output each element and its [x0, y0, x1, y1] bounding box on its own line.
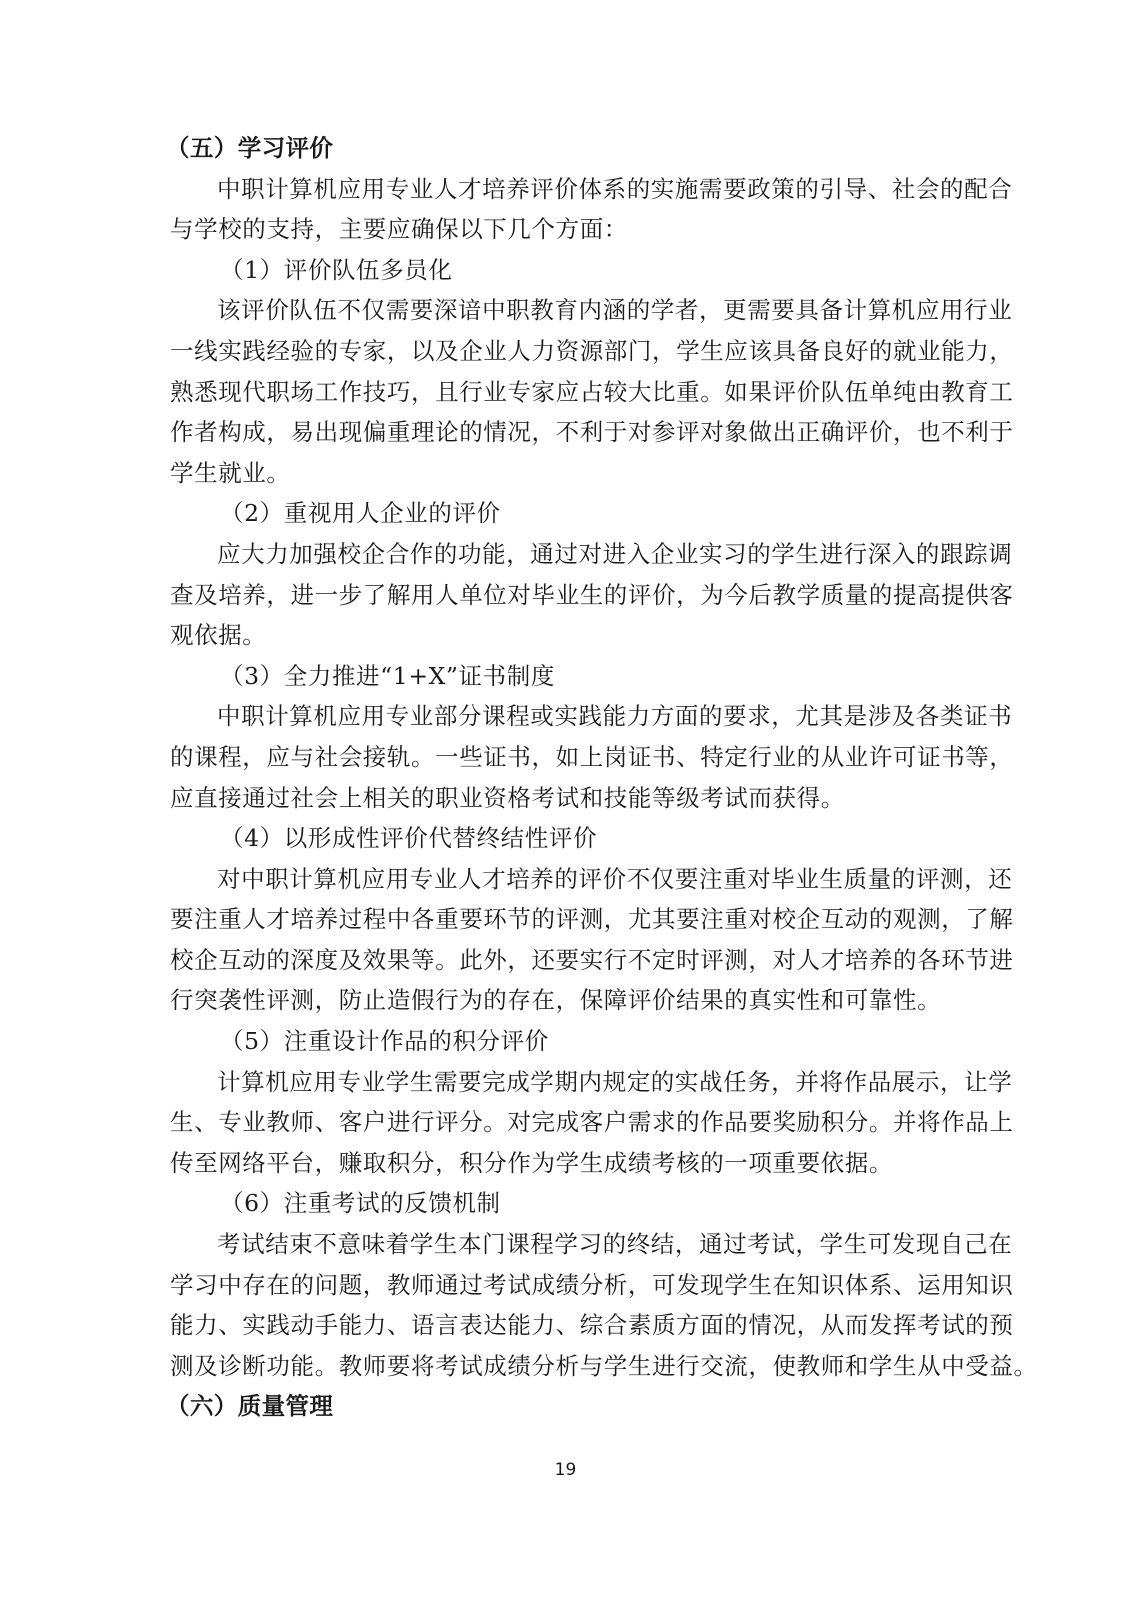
paragraph-line: 应直接通过社会上相关的职业资格考试和技能等级考试而获得。 [170, 778, 946, 819]
paragraph-line: 学生就业。 [170, 453, 946, 494]
paragraph-line: 中职计算机应用专业人才培养评价体系的实施需要政策的引导、社会的配合 [170, 169, 946, 210]
subheading-item-4: （4）以形成性评价代替终结性评价 [170, 818, 946, 859]
paragraph-line: 传至网络平台，赚取积分，积分作为学生成绩考核的一项重要依据。 [170, 1143, 946, 1184]
page-number: 19 [0, 1460, 1131, 1480]
paragraph-line: 要注重人才培养过程中各重要环节的评测，尤其要注重对校企互动的观测，了解 [170, 899, 946, 940]
paragraph-line: 计算机应用专业学生需要完成学期内规定的实战任务，并将作品展示，让学 [170, 1062, 946, 1103]
subheading-item-6: （6）注重考试的反馈机制 [170, 1183, 946, 1224]
subheading-item-3: （3）全力推进“1+X”证书制度 [170, 656, 946, 697]
paragraph-line: 一线实践经验的专家，以及企业人力资源部门，学生应该具备良好的就业能力， [170, 331, 946, 372]
paragraph-line: 能力、实践动手能力、语言表达能力、综合素质方面的情况，从而发挥考试的预 [170, 1305, 946, 1346]
paragraph-line: 学习中存在的问题，教师通过考试成绩分析，可发现学生在知识体系、运用知识 [170, 1265, 946, 1306]
paragraph-line: 该评价队伍不仅需要深谙中职教育内涵的学者，更需要具备计算机应用行业 [170, 290, 946, 331]
document-page: （五）学习评价 中职计算机应用专业人才培养评价体系的实施需要政策的引导、社会的配… [170, 128, 946, 1427]
paragraph-line: 查及培养，进一步了解用人单位对毕业生的评价，为今后教学质量的提高提供客 [170, 575, 946, 616]
paragraph-line: 观依据。 [170, 615, 946, 656]
paragraph-line: 行突袭性评测，防止造假行为的存在，保障评价结果的真实性和可靠性。 [170, 980, 946, 1021]
paragraph-line: 与学校的支持，主要应确保以下几个方面： [170, 209, 946, 250]
paragraph-line: 校企互动的深度及效果等。此外，还要实行不定时评测，对人才培养的各环节进 [170, 940, 946, 981]
section-heading-learning-evaluation: （五）学习评价 [166, 128, 946, 169]
paragraph-line: 的课程，应与社会接轨。一些证书，如上岗证书、特定行业的从业许可证书等， [170, 737, 946, 778]
paragraph-line: 生、专业教师、客户进行评分。对完成客户需求的作品要奖励积分。并将作品上 [170, 1102, 946, 1143]
paragraph-line: 中职计算机应用专业部分课程或实践能力方面的要求，尤其是涉及各类证书 [170, 696, 946, 737]
paragraph-line: 应大力加强校企合作的功能，通过对进入企业实习的学生进行深入的跟踪调 [170, 534, 946, 575]
subheading-item-2: （2）重视用人企业的评价 [170, 493, 946, 534]
paragraph-line: 熟悉现代职场工作技巧，且行业专家应占较大比重。如果评价队伍单纯由教育工 [170, 372, 946, 413]
paragraph-line: 对中职计算机应用专业人才培养的评价不仅要注重对毕业生质量的评测，还 [170, 859, 946, 900]
paragraph-line: 考试结束不意味着学生本门课程学习的终结，通过考试，学生可发现自己在 [170, 1224, 946, 1265]
subheading-item-1: （1）评价队伍多员化 [170, 250, 946, 291]
section-heading-quality-management: （六）质量管理 [166, 1386, 946, 1427]
paragraph-line: 测及诊断功能。教师要将考试成绩分析与学生进行交流，使教师和学生从中受益。 [170, 1346, 946, 1387]
subheading-item-5: （5）注重设计作品的积分评价 [170, 1021, 946, 1062]
paragraph-line: 作者构成，易出现偏重理论的情况，不利于对参评对象做出正确评价，也不利于 [170, 412, 946, 453]
